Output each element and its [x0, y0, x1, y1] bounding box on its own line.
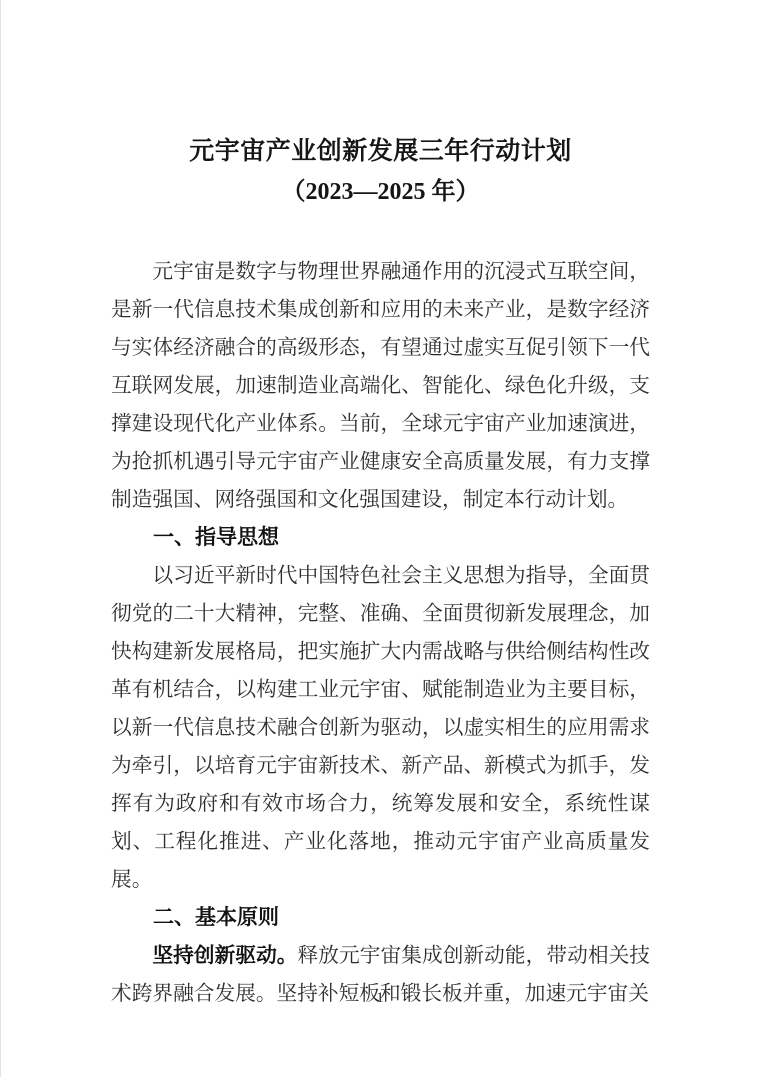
document-page: 元宇宙产业创新发展三年行动计划 （2023—2025 年） 元宇宙是数字与物理世… — [0, 0, 759, 1077]
guiding-ideology-paragraph: 以习近平新时代中国特色社会主义思想为指导，全面贯彻党的二十大精神，完整、准确、全… — [111, 557, 650, 899]
section-heading-guiding-ideology: 一、指导思想 — [111, 519, 650, 557]
section-heading-basic-principles: 二、基本原则 — [111, 899, 650, 937]
page-number: 1 — [1, 989, 759, 1007]
document-subtitle: （2023—2025 年） — [111, 172, 650, 212]
intro-paragraph: 元宇宙是数字与物理世界融通作用的沉浸式互联空间，是新一代信息技术集成创新和应用的… — [111, 253, 650, 519]
document-title: 元宇宙产业创新发展三年行动计划 — [111, 132, 650, 172]
paragraph-bold-lead: 坚持创新驱动。 — [152, 944, 297, 967]
